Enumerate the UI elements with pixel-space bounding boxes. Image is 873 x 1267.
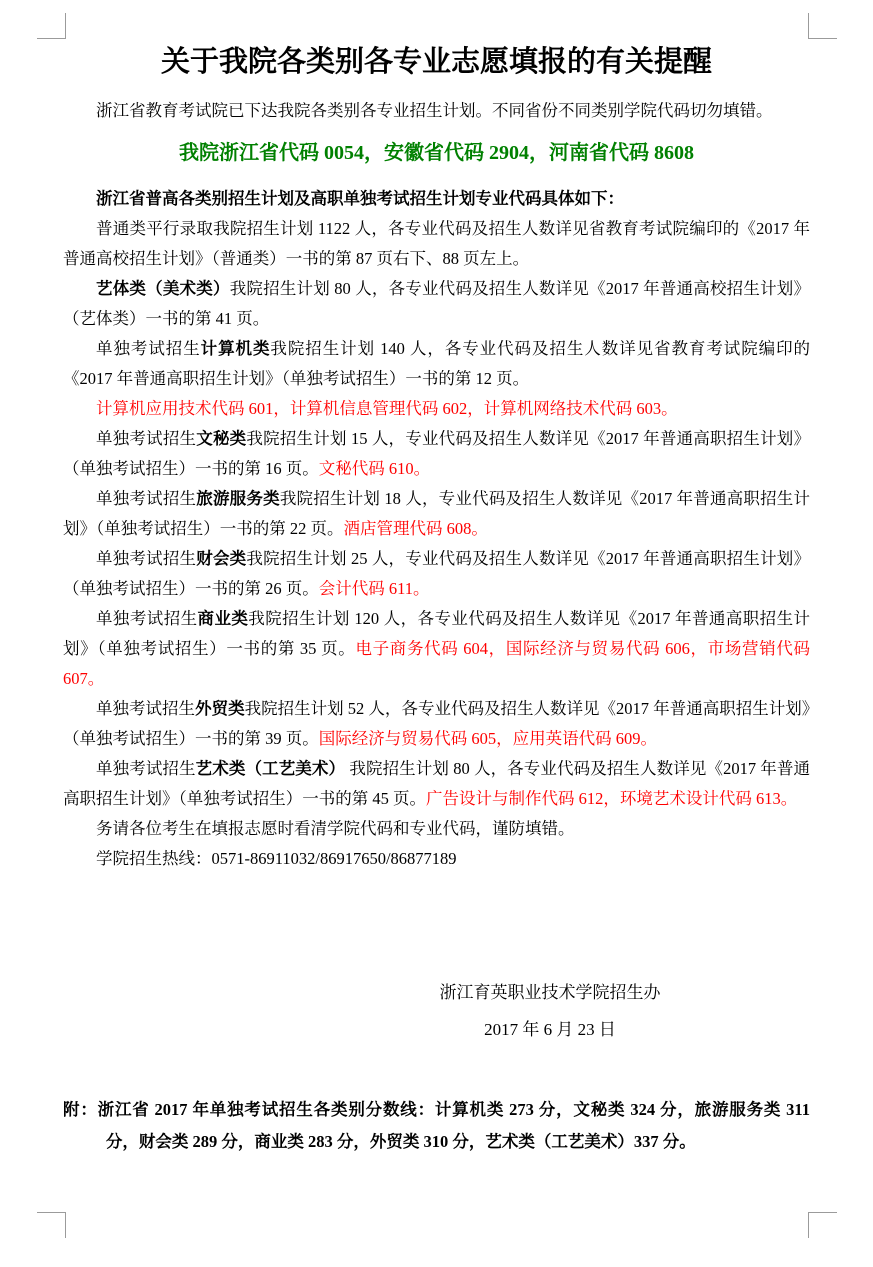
category-prefix-business: 单独考试招生 <box>96 609 198 628</box>
appendix-text: 浙江省 2017 年单独考试招生各类别分数线：计算机类 273 分，文秘类 32… <box>98 1100 810 1151</box>
category-prefix-tourism: 单独考试招生 <box>96 489 196 508</box>
category-name-trade: 外贸类 <box>195 699 245 718</box>
codes-tourism: 酒店管理代码 608。 <box>344 519 488 538</box>
category-name-computer: 计算机类 <box>201 339 271 358</box>
signature-date: 2017 年 6 月 23 日 <box>385 1011 715 1048</box>
category-name-craft-art: 艺术类（工艺美术） <box>196 759 345 778</box>
category-name-art-pe: 艺体类（美术类） <box>96 279 230 298</box>
codes-trade: 国际经济与贸易代码 605，应用英语代码 609。 <box>319 729 657 748</box>
codes-secretary: 文秘代码 610。 <box>319 459 430 478</box>
category-prefix-secretary: 单独考试招生 <box>96 429 196 448</box>
category-name-business: 商业类 <box>198 609 249 628</box>
codes-computer: 计算机应用技术代码 601，计算机信息管理代码 602，计算机网络技术代码 60… <box>96 399 678 418</box>
intro-paragraph: 浙江省教育考试院已下达我院各类别各专业招生计划。不同省份不同类别学院代码切勿填错… <box>63 96 810 126</box>
category-name-secretary: 文秘类 <box>196 429 246 448</box>
margin-crop-mark-bottom-left <box>37 1212 66 1238</box>
category-name-tourism: 旅游服务类 <box>196 489 280 508</box>
signature-org: 浙江育英职业技术学院招生办 <box>385 974 715 1011</box>
appendix-label: 附： <box>63 1100 98 1119</box>
margin-crop-mark-top-left <box>37 13 66 39</box>
margin-crop-mark-top-right <box>808 13 837 39</box>
paragraph-hotline: 学院招生热线：0571-86911032/86917650/86877189 <box>63 844 810 874</box>
codes-finance: 会计代码 611。 <box>319 579 430 598</box>
paragraph-computer: 单独考试招生计算机类我院招生计划 140 人，各专业代码及招生人数详见省教育考试… <box>63 334 810 394</box>
page-title: 关于我院各类别各专业志愿填报的有关提醒 <box>63 40 810 84</box>
codes-craft-art: 广告设计与制作代码 612，环境艺术设计代码 613。 <box>426 789 797 808</box>
paragraph-secretary: 单独考试招生文秘类我院招生计划 15 人，专业代码及招生人数详见《2017 年普… <box>63 424 810 484</box>
paragraph-tourism: 单独考试招生旅游服务类我院招生计划 18 人，专业代码及招生人数详见《2017 … <box>63 484 810 544</box>
paragraph-craft-art: 单独考试招生艺术类（工艺美术） 我院招生计划 80 人，各专业代码及招生人数详见… <box>63 754 810 814</box>
category-prefix-finance: 单独考试招生 <box>96 549 196 568</box>
category-prefix-trade: 单独考试招生 <box>96 699 195 718</box>
paragraph-computer-codes: 计算机应用技术代码 601，计算机信息管理代码 602，计算机网络技术代码 60… <box>63 394 810 424</box>
signature-block: 浙江育英职业技术学院招生办 2017 年 6 月 23 日 <box>385 974 715 1048</box>
category-prefix-computer: 单独考试招生 <box>96 339 201 358</box>
document-content: 关于我院各类别各专业志愿填报的有关提醒 浙江省教育考试院已下达我院各类别各专业招… <box>0 40 873 1158</box>
document-page: 关于我院各类别各专业志愿填报的有关提醒 浙江省教育考试院已下达我院各类别各专业招… <box>0 0 873 1267</box>
paragraph-art-pe: 艺体类（美术类）我院招生计划 80 人，各专业代码及招生人数详见《2017 年普… <box>63 274 810 334</box>
appendix-paragraph: 附：浙江省 2017 年单独考试招生各类别分数线：计算机类 273 分，文秘类 … <box>63 1094 810 1158</box>
paragraph-reminder: 务请各位考生在填报志愿时看清学院代码和专业代码，谨防填错。 <box>63 814 810 844</box>
province-codes-line: 我院浙江省代码 0054，安徽省代码 2904，河南省代码 8608 <box>63 136 810 170</box>
paragraph-trade: 单独考试招生外贸类我院招生计划 52 人，各专业代码及招生人数详见《2017 年… <box>63 694 810 754</box>
margin-crop-mark-bottom-right <box>808 1212 837 1238</box>
paragraph-finance: 单独考试招生财会类我院招生计划 25 人，专业代码及招生人数详见《2017 年普… <box>63 544 810 604</box>
paragraph-general: 普通类平行录取我院招生计划 1122 人，各专业代码及招生人数详见省教育考试院编… <box>63 214 810 274</box>
paragraph-business: 单独考试招生商业类我院招生计划 120 人，各专业代码及招生人数详见《2017 … <box>63 604 810 694</box>
plan-heading: 浙江省普高各类别招生计划及高职单独考试招生计划专业代码具体如下： <box>63 184 810 214</box>
category-prefix-craft-art: 单独考试招生 <box>96 759 196 778</box>
category-name-finance: 财会类 <box>196 549 246 568</box>
